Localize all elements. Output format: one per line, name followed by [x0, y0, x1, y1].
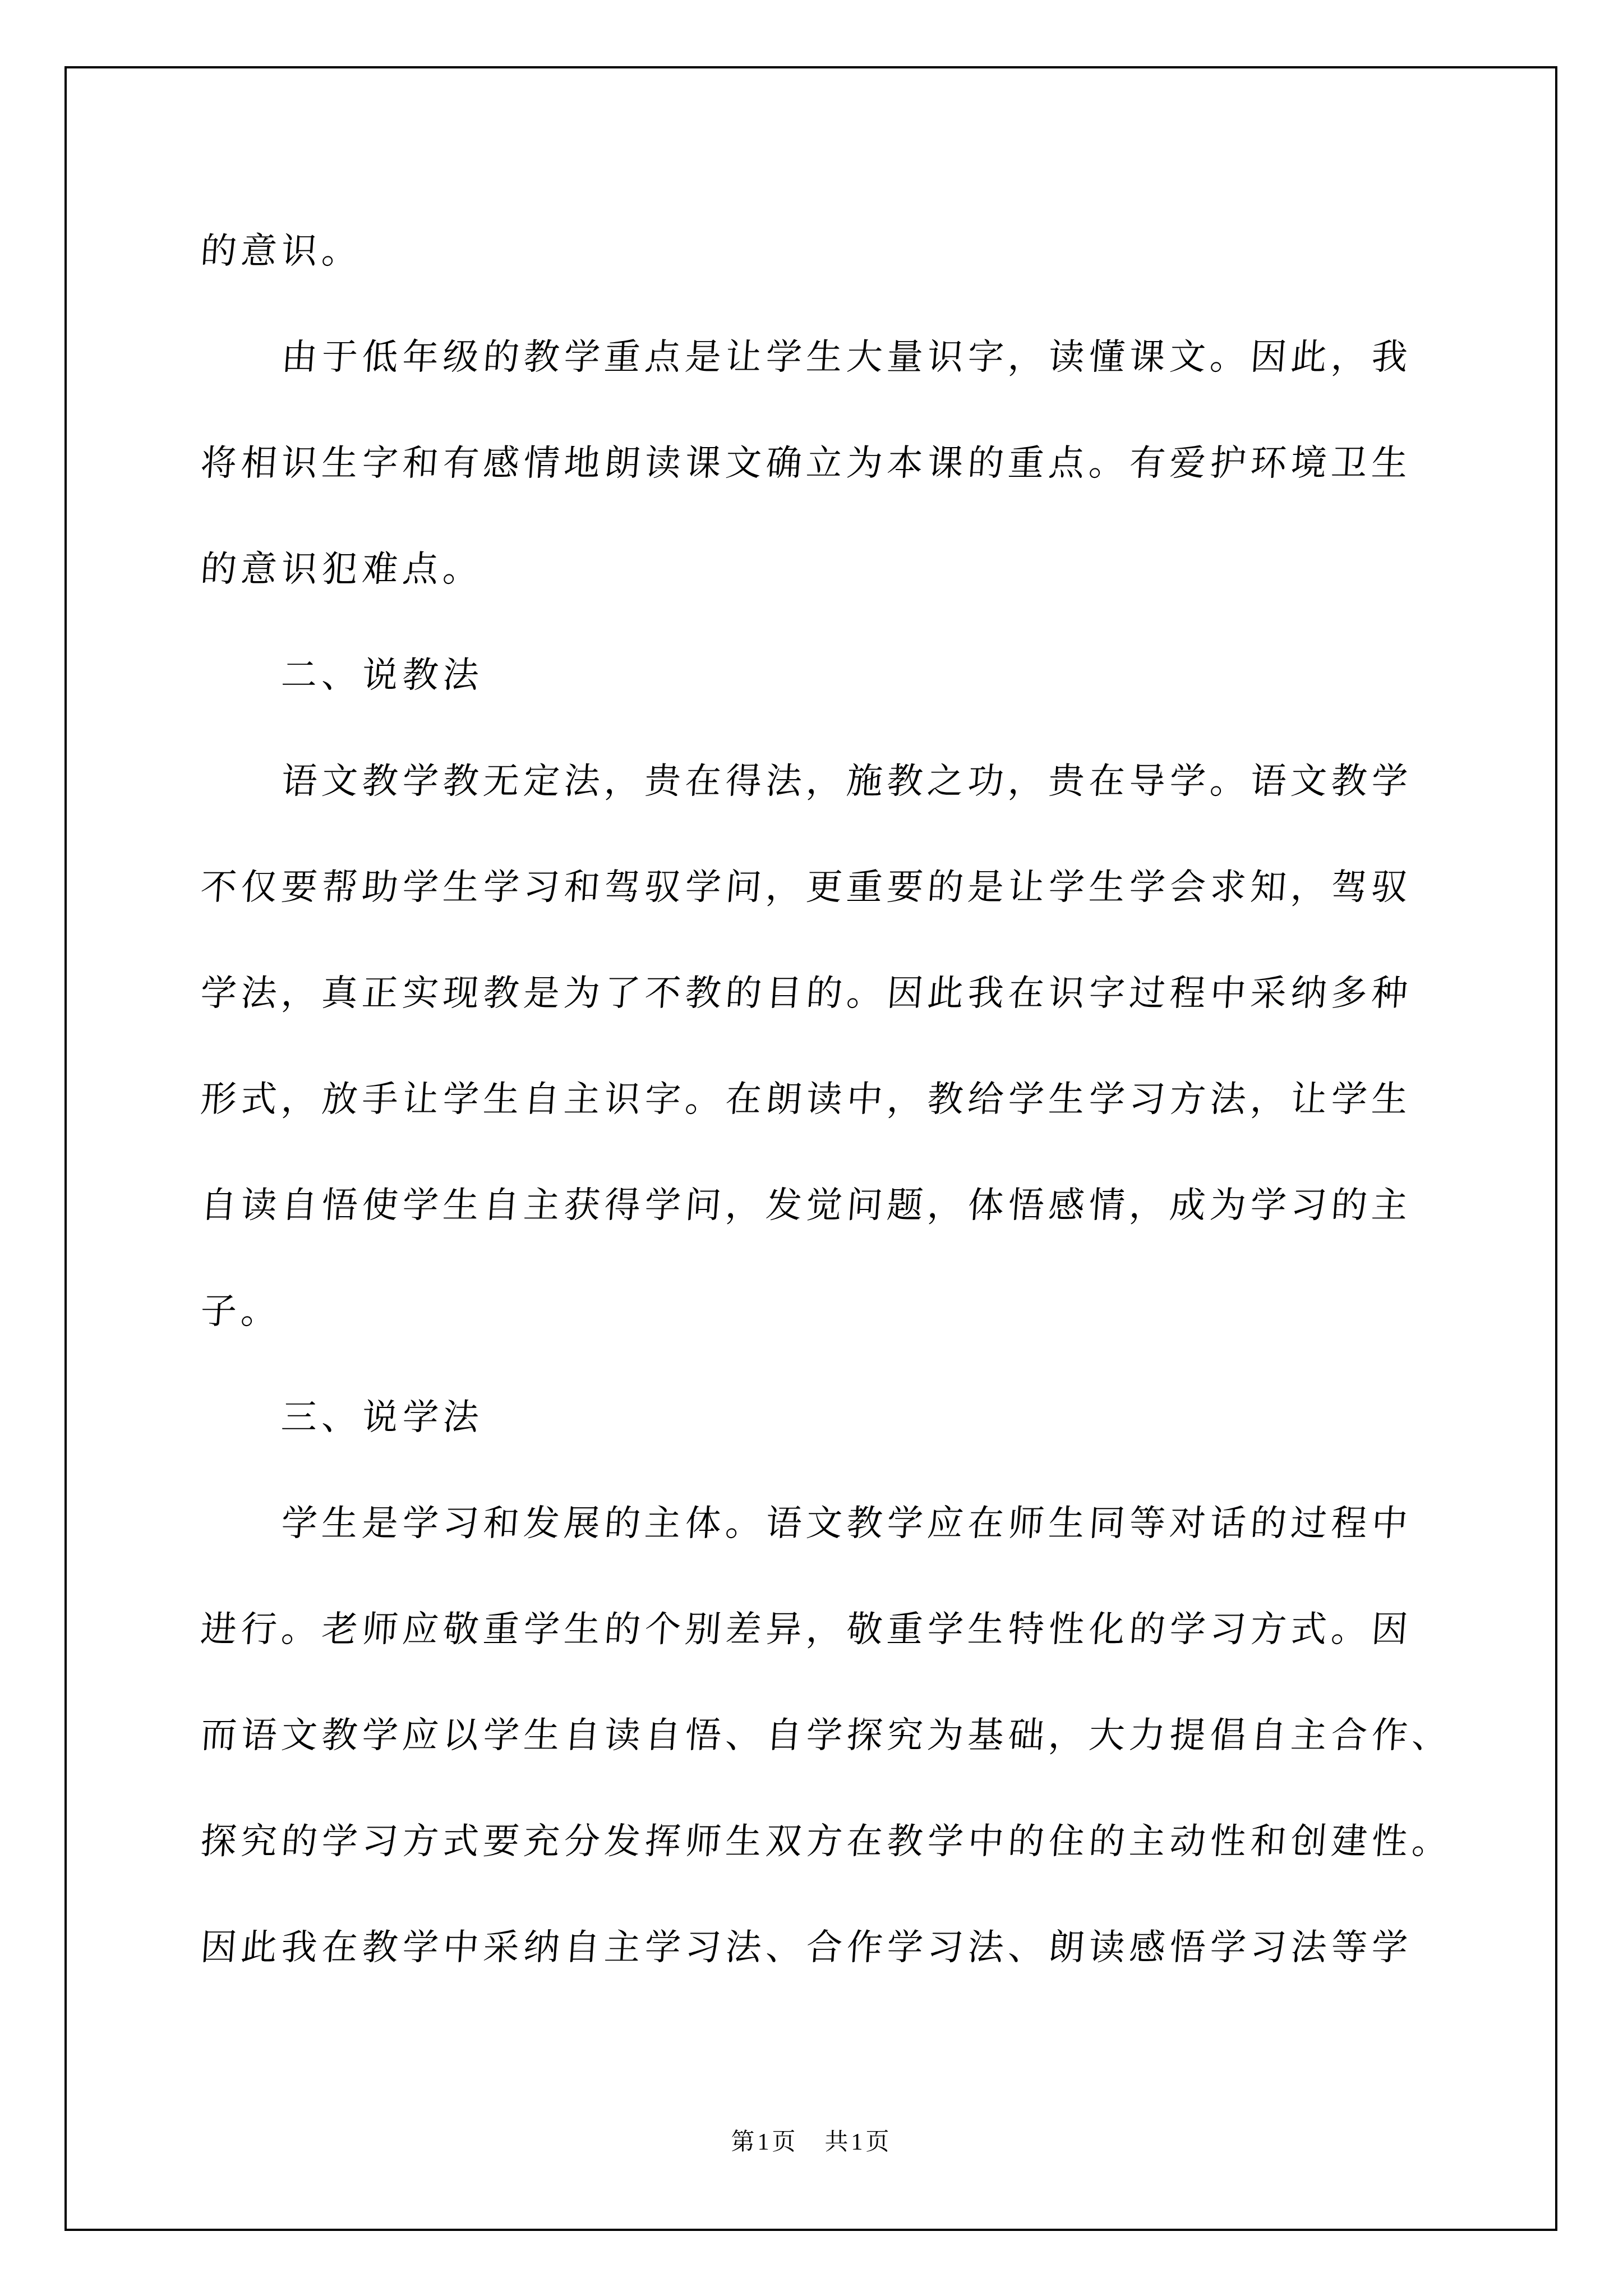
- text-line: 语文教学教无定法，贵在得法，施教之功，贵在导学。语文教学: [197, 728, 1456, 834]
- page-footer: 第1页 共1页: [0, 2128, 1623, 2156]
- text-line: 探究的学习方式要充分发挥师生双方在教学中的住的主动性和创建性。: [197, 1788, 1456, 1894]
- text-line: 子。: [197, 1258, 1456, 1364]
- page-number-indicator: 第1页 共1页: [731, 2129, 892, 2155]
- document-body: 的意识。由于低年级的教学重点是让学生大量识字，读懂课文。因此，我将相识生字和有感…: [199, 198, 1451, 2000]
- text-line: 三、说学法: [197, 1364, 1456, 1470]
- text-line: 将相识生字和有感情地朗读课文确立为本课的重点。有爱护环境卫生: [197, 410, 1456, 516]
- document-page: 的意识。由于低年级的教学重点是让学生大量识字，读懂课文。因此，我将相识生字和有感…: [0, 0, 1623, 2296]
- text-line: 的意识。: [197, 198, 1456, 304]
- text-line: 形式，放手让学生自主识字。在朗读中，教给学生学习方法，让学生: [197, 1046, 1456, 1152]
- text-line: 学法，真正实现教是为了不教的目的。因此我在识字过程中采纳多种: [197, 940, 1456, 1046]
- text-line: 学生是学习和发展的主体。语文教学应在师生同等对话的过程中: [197, 1470, 1456, 1576]
- text-line: 而语文教学应以学生自读自悟、自学探究为基础，大力提倡自主合作、: [197, 1682, 1456, 1788]
- text-line: 因此我在教学中采纳自主学习法、合作学习法、朗读感悟学习法等学: [197, 1894, 1456, 2000]
- text-line: 不仅要帮助学生学习和驾驭学问，更重要的是让学生学会求知，驾驭: [197, 834, 1456, 940]
- text-line: 进行。老师应敬重学生的个别差异，敬重学生特性化的学习方式。因: [197, 1576, 1456, 1682]
- text-line: 自读自悟使学生自主获得学问，发觉问题，体悟感情，成为学习的主: [197, 1152, 1456, 1258]
- text-line: 二、说教法: [197, 622, 1456, 728]
- text-line: 的意识犯难点。: [197, 516, 1456, 622]
- text-line: 由于低年级的教学重点是让学生大量识字，读懂课文。因此，我: [197, 304, 1456, 410]
